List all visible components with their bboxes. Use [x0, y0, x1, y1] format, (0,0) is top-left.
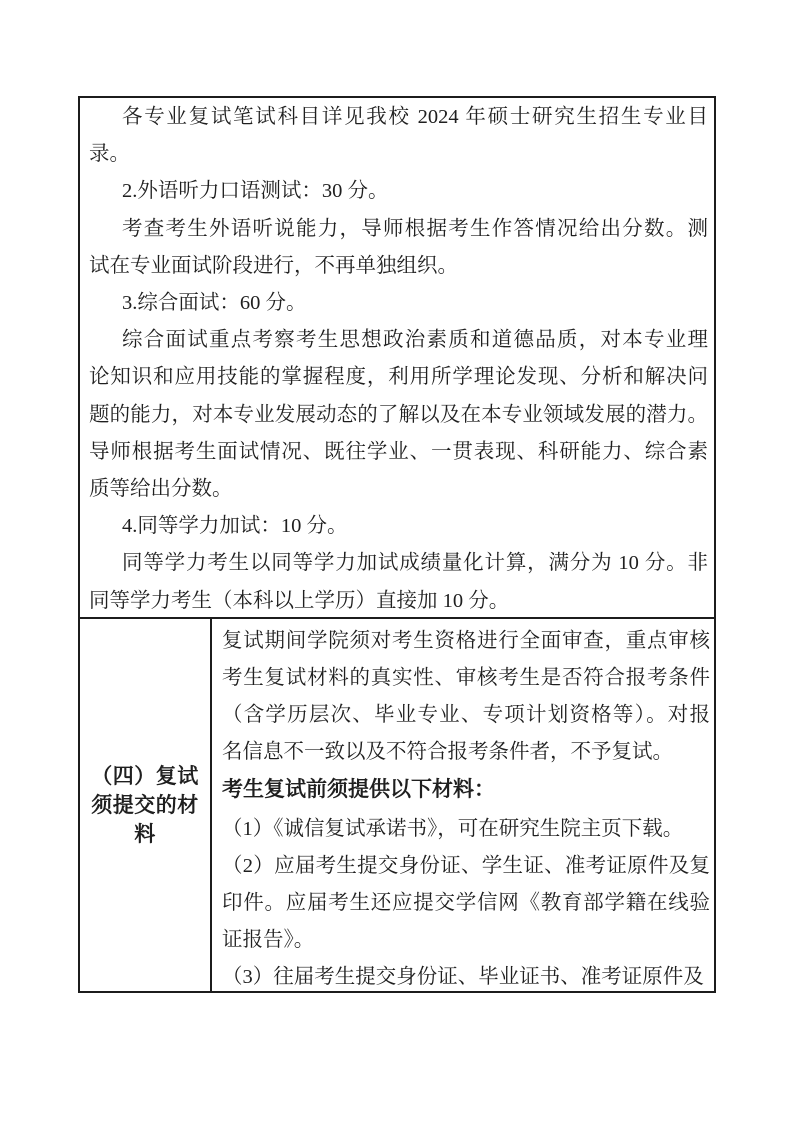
text-line: 证报告》。	[222, 922, 710, 959]
text-line: 3.综合面试：60 分。	[89, 285, 708, 322]
text-line: 综合面试重点考察考生思想政治素质和道德品质，对本专业理	[89, 322, 708, 359]
text-line: （2）应届考生提交身份证、学生证、准考证原件及复	[222, 848, 710, 885]
row-header-line: 须提交的材	[91, 791, 199, 820]
paragraph: 2.外语听力口语测试：30 分。	[89, 173, 708, 210]
text-line: 导师根据考生面试情况、既往学业、一贯表现、科研能力、综合素	[89, 434, 708, 471]
paragraph: （2）应届考生提交身份证、学生证、准考证原件及复印件。应届考生还应提交学信网《教…	[222, 848, 710, 959]
text-line: 质等给出分数。	[89, 471, 708, 508]
text-line: 4.同等学力加试：10 分。	[89, 508, 708, 545]
paragraph: （3）往届考生提交身份证、毕业证书、准考证原件及	[222, 959, 710, 991]
text-line: 论知识和应用技能的掌握程度，利用所学理论发现、分析和解决问	[89, 359, 708, 396]
paragraph: 考生复试前须提供以下材料：	[222, 771, 710, 808]
text-line: 名信息不一致以及不符合报考条件者，不予复试。	[222, 734, 710, 771]
text-line: 2.外语听力口语测试：30 分。	[89, 173, 708, 210]
paragraph: 同等学力考生以同等学力加试成绩量化计算，满分为 10 分。非同等学力考生（本科以…	[89, 545, 708, 619]
text-line: （3）往届考生提交身份证、毕业证书、准考证原件及	[222, 959, 710, 991]
row-header-line: （四）复试	[91, 762, 199, 791]
paragraph: （1）《诚信复试承诺书》，可在研究生院主页下载。	[222, 811, 710, 848]
text-line: 同等学力考生以同等学力加试成绩量化计算，满分为 10 分。非	[89, 545, 708, 582]
text-line: 考生复试前须提供以下材料：	[222, 771, 710, 808]
table-cell-materials-list: 复试期间学院须对考生资格进行全面审查，重点审核考生复试材料的真实性、审核考生是否…	[212, 619, 714, 991]
text-line: （含学历层次、毕业专业、专项计划资格等）。对报	[222, 697, 710, 734]
row-header-line: 料	[134, 820, 156, 849]
table-cell-scoring-details: 各专业复试笔试科目详见我校 2024 年硕士研究生招生专业目录。2.外语听力口语…	[80, 98, 714, 619]
text-line: （1）《诚信复试承诺书》，可在研究生院主页下载。	[222, 811, 710, 848]
text-line: 录。	[89, 136, 708, 173]
table-cell-row-header-materials: （四）复试须提交的材料	[80, 619, 212, 991]
text-line: 考生复试材料的真实性、审核考生是否符合报考条件	[222, 660, 710, 697]
paragraph: 考查考生外语听说能力，导师根据考生作答情况给出分数。测试在专业面试阶段进行，不再…	[89, 211, 708, 285]
paragraph: 各专业复试笔试科目详见我校 2024 年硕士研究生招生专业目录。	[89, 99, 708, 173]
paragraph: 综合面试重点考察考生思想政治素质和道德品质，对本专业理论知识和应用技能的掌握程度…	[89, 322, 708, 508]
paragraph: 复试期间学院须对考生资格进行全面审查，重点审核考生复试材料的真实性、审核考生是否…	[222, 623, 710, 771]
text-line: 各专业复试笔试科目详见我校 2024 年硕士研究生招生专业目	[89, 99, 708, 136]
text-line: 题的能力，对本专业发展动态的了解以及在本专业领域发展的潜力。	[89, 397, 708, 434]
paragraph: 3.综合面试：60 分。	[89, 285, 708, 322]
text-line: 考查考生外语听说能力，导师根据考生作答情况给出分数。测	[89, 211, 708, 248]
reexam-rules-table: 各专业复试笔试科目详见我校 2024 年硕士研究生招生专业目录。2.外语听力口语…	[78, 96, 716, 993]
paragraph: 4.同等学力加试：10 分。	[89, 508, 708, 545]
text-line: 印件。应届考生还应提交学信网《教育部学籍在线验	[222, 885, 710, 922]
text-line: 试在专业面试阶段进行，不再单独组织。	[89, 248, 708, 285]
table-row-materials: （四）复试须提交的材料 复试期间学院须对考生资格进行全面审查，重点审核考生复试材…	[80, 619, 714, 991]
text-line: 复试期间学院须对考生资格进行全面审查，重点审核	[222, 623, 710, 660]
text-line: 同等学力考生（本科以上学历）直接加 10 分。	[89, 583, 708, 619]
document-page: 各专业复试笔试科目详见我校 2024 年硕士研究生招生专业目录。2.外语听力口语…	[0, 0, 793, 1122]
